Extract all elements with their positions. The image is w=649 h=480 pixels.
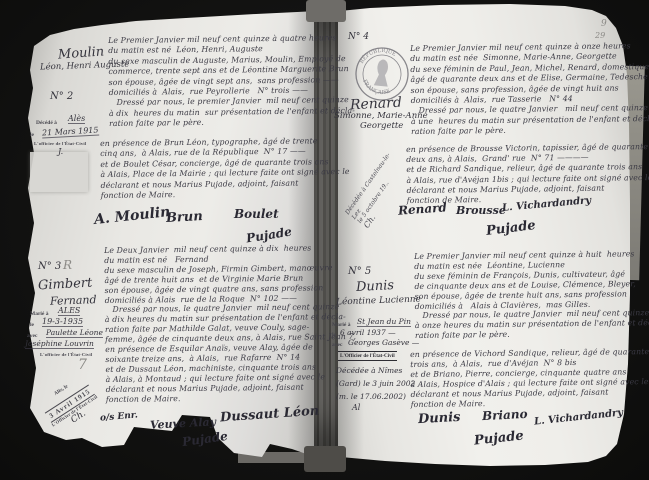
- officier-etat-civil-stamp: L'Officier de l'État-Civil: [338, 351, 397, 361]
- mention-line-1: Décédée à Nîmes: [336, 366, 402, 375]
- avec-printed-label: avec: [332, 342, 342, 348]
- signature-declarant: Veuve Alay: [150, 415, 217, 431]
- record-number: N° 4: [348, 32, 369, 42]
- spouse-name: Georges Gasève —: [348, 338, 419, 347]
- folio-number-top: 9: [601, 19, 607, 29]
- deces-le-label: le: [30, 132, 34, 138]
- witness-clause-text: en présence de Brun Léon, typographe, âg…: [100, 136, 350, 201]
- act-body-text: Le Premier Janvier mil neuf cent quinze …: [414, 249, 649, 341]
- record-number: N° 5: [348, 266, 371, 277]
- signature-witness-2: Boulet: [234, 207, 279, 221]
- spouse-name-line2: Joséphine Louvrin: [25, 339, 94, 349]
- signature-witness-1: Brun: [166, 209, 203, 226]
- record-number: N° 3: [38, 261, 61, 272]
- witness-clause-text: en présence de Vichord Sandique, relieur…: [410, 347, 649, 410]
- mention-paraph: Al: [352, 403, 360, 412]
- signature-witness-1: Brousse: [456, 204, 506, 217]
- signature-officer: Pujade: [181, 429, 228, 449]
- spouse-name-line1: Paulette Léone: [46, 328, 103, 338]
- witness-clause-text: en présence de Brousse Victorin, tapissi…: [406, 142, 649, 206]
- pencil-mark: R: [63, 258, 72, 272]
- officier-paraph: J.: [58, 147, 63, 156]
- marriage-date: 6 avril 1937 —: [340, 328, 396, 337]
- mention-line-2: (Gard) le 3 juin 2002: [336, 379, 415, 388]
- record-surname: Dunis: [356, 278, 395, 295]
- act-body-text: Le Premier Janvier mil neuf cent quinze …: [108, 33, 355, 130]
- officier-etat-civil-label: L'officier de l'État-Civil: [34, 141, 86, 146]
- signature-witness-1: Briano: [482, 407, 528, 423]
- folio-number-bottom: 29: [595, 31, 605, 40]
- marie-le-label: le: [30, 322, 34, 328]
- record-given-names-line2: Georgette: [360, 121, 403, 131]
- marriage-date: 19-3-1935: [42, 317, 83, 327]
- record-surname: Gimbert: [38, 276, 93, 294]
- signature-declarant: Dunis: [418, 410, 461, 427]
- marianne-figure: [374, 59, 391, 87]
- repair-tape-patch: [30, 152, 88, 192]
- act-body-text: Le Premier Janvier mil neuf cent quinze …: [410, 41, 649, 138]
- marriage-place: ALES: [58, 306, 80, 316]
- spine-top-binding: [306, 0, 346, 22]
- act-body-text: Le Deux Janvier mil neuf cent quinze à d…: [104, 243, 357, 405]
- deces-printed-label: Décédé à: [36, 120, 57, 126]
- deces-place: Alès: [68, 114, 85, 124]
- spine-bottom-binding: [304, 446, 346, 472]
- mention-line-3: (m. le 17.06.2002): [336, 392, 406, 401]
- record-number: N° 2: [50, 91, 73, 102]
- civil-registry-scan: 9 29 Moulin Léon, Henri Auguste N° 2 Déc…: [0, 0, 649, 480]
- marriage-place: St Jean du Pin: [357, 317, 411, 327]
- marie-le-label: le: [332, 332, 336, 338]
